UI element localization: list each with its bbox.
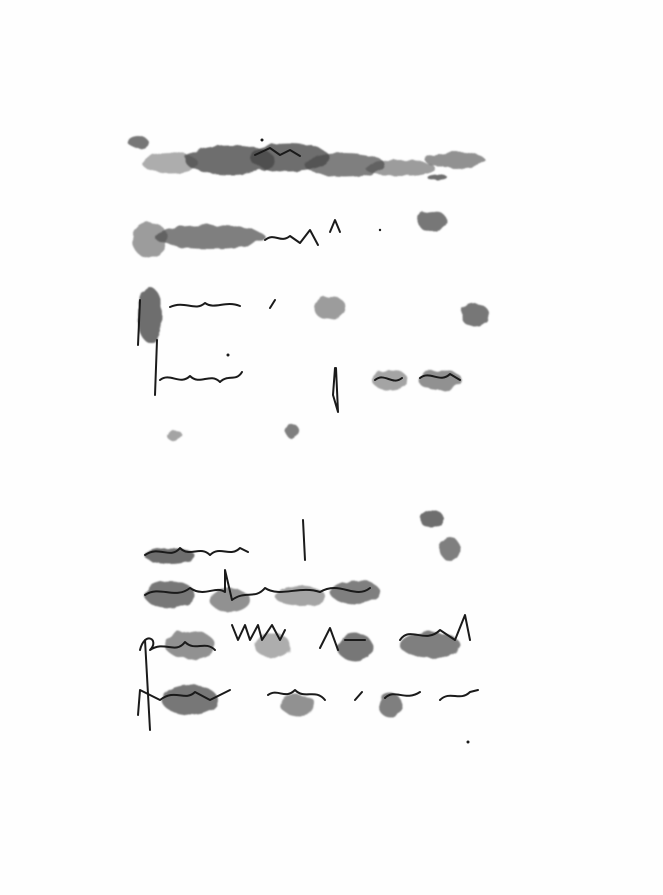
ink-blob <box>280 695 316 715</box>
ink-blob <box>275 586 325 606</box>
ink-blob <box>428 175 448 181</box>
ink-blob <box>128 136 148 148</box>
pen-stroke <box>355 690 478 700</box>
pen-stroke <box>170 300 275 308</box>
pen-stroke <box>333 368 338 412</box>
ink-blob <box>378 693 402 717</box>
ink-blob <box>337 633 373 661</box>
ink-wash-blobs <box>128 136 489 717</box>
ink-blob <box>461 303 489 327</box>
ink-dot <box>227 354 230 357</box>
ink-drawing <box>0 0 663 895</box>
pen-stroke <box>160 372 242 382</box>
ink-blob <box>145 548 195 564</box>
ink-blob <box>155 225 265 249</box>
ink-blob <box>425 152 485 168</box>
ink-blob <box>167 431 183 441</box>
ink-blob <box>420 510 444 528</box>
ink-dot <box>261 139 264 142</box>
ink-blob <box>418 370 462 390</box>
ink-blob <box>145 581 195 609</box>
ink-dot <box>379 229 381 231</box>
ink-blob <box>254 633 290 657</box>
ink-blob <box>417 211 447 231</box>
ink-blob <box>286 423 298 439</box>
ink-blob <box>138 287 162 343</box>
ink-blob <box>440 537 460 561</box>
ink-dot <box>467 741 470 744</box>
artwork-canvas: Asemic ink writing <box>0 0 663 895</box>
ink-blob <box>365 160 435 176</box>
ink-blob <box>314 296 346 320</box>
pen-stroke <box>265 220 340 245</box>
